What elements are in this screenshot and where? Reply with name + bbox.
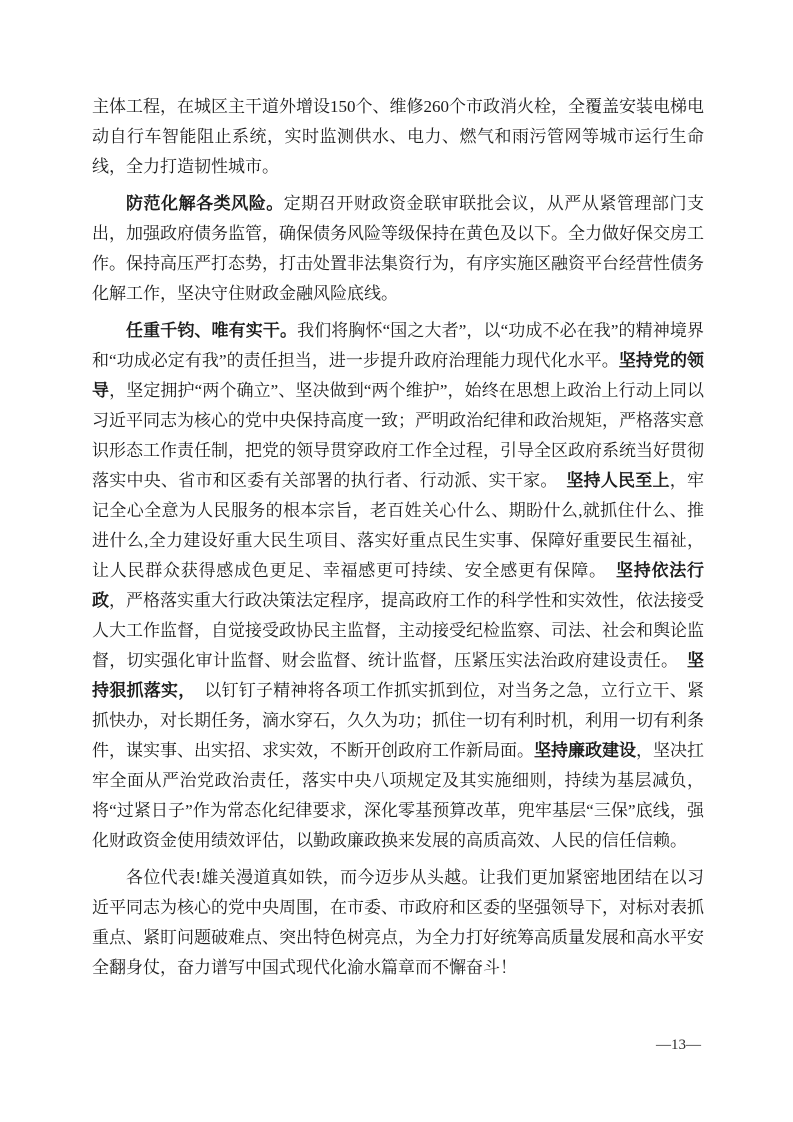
paragraph: 防范化解各类风险。定期召开财政资金联审联批会议，从严从紧管理部门支出，加强政府债…	[92, 189, 704, 309]
paragraph: 任重千钧、唯有实干。我们将胸怀“国之大者”，以“功成不必在我”的精神境界和“功成…	[92, 316, 704, 856]
document-page: 主体工程，在城区主干道外增设150个、维修260个市政消火栓，全覆盖安装电梯电动…	[0, 0, 793, 1122]
text-run: 主体工程，在城区主干道外增设150个、维修260个市政消火栓，全覆盖安装电梯电动…	[92, 97, 704, 176]
emphasis-text-run: 防范化解各类风险。	[126, 194, 284, 213]
text-run: 各位代表!雄关漫道真如铁，而今迈步从头越。让我们更加紧密地团结在以习近平同志为核…	[92, 868, 704, 977]
emphasis-text-run: 坚持廉政建设	[534, 741, 636, 760]
text-run: ，严格落实重大行政决策法定程序，提高政府工作的科学性和实效性，依法接受人大工作监…	[92, 591, 704, 670]
emphasis-text-run: 坚持人民至上	[566, 471, 669, 490]
emphasis-text-run: 任重千钧、唯有实干。	[126, 321, 297, 340]
document-body: 主体工程，在城区主干道外增设150个、维修260个市政消火栓，全覆盖安装电梯电动…	[92, 92, 704, 990]
page-number: —13—	[656, 1035, 701, 1055]
paragraph: 各位代表!雄关漫道真如铁，而今迈步从头越。让我们更加紧密地团结在以习近平同志为核…	[92, 863, 704, 983]
paragraph: 主体工程，在城区主干道外增设150个、维修260个市政消火栓，全覆盖安装电梯电动…	[92, 92, 704, 182]
